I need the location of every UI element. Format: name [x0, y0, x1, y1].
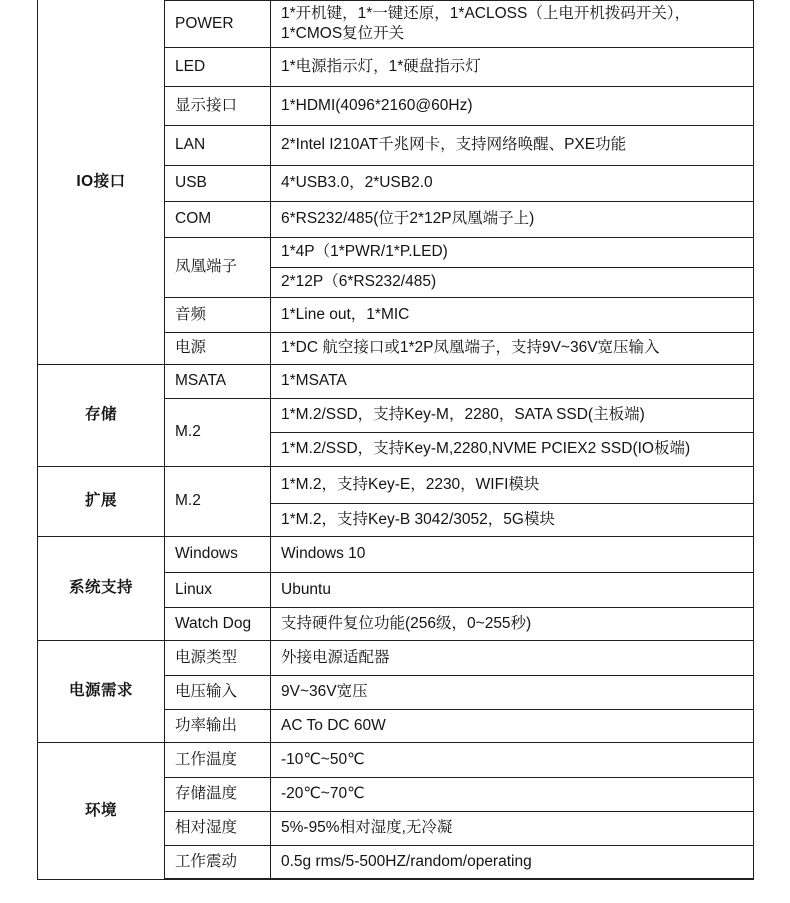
spec-name-cell: LAN: [165, 126, 271, 166]
spec-name-cell: 凤凰端子: [165, 238, 271, 298]
spec-value-cell: 5%-95%相对湿度,无冷凝: [271, 812, 754, 846]
category-cell-environment: 环境: [38, 743, 165, 880]
spec-value-cell: 1*HDMI(4096*2160@60Hz): [271, 87, 754, 126]
spec-value-cell: 6*RS232/485(位于2*12P凤凰端子上): [271, 202, 754, 238]
spec-name-cell: Linux: [165, 573, 271, 608]
spec-value-cell: 1*电源指示灯，1*硬盘指示灯: [271, 48, 754, 87]
table-row: 环境 工作温度 -10℃~50℃: [38, 743, 754, 778]
spec-value-cell: 4*USB3.0，2*USB2.0: [271, 166, 754, 202]
spec-value-cell: Windows 10: [271, 537, 754, 573]
spec-name-cell: M.2: [165, 399, 271, 467]
spec-value-cell: 1*M.2/SSD，支持Key-M，2280，SATA SSD(主板端): [271, 399, 754, 433]
spec-value-cell: 外接电源适配器: [271, 641, 754, 676]
spec-value-cell: 1*M.2/SSD，支持Key-M,2280,NVME PCIEX2 SSD(I…: [271, 433, 754, 467]
spec-value-cell: -20℃~70℃: [271, 778, 754, 812]
table-row: 存储 MSATA 1*MSATA: [38, 365, 754, 399]
spec-name-cell: POWER: [165, 0, 271, 48]
spec-value-cell: 2*12P（6*RS232/485): [271, 268, 754, 298]
category-cell-os: 系统支持: [38, 537, 165, 641]
table-row: 扩展 M.2 1*M.2，支持Key-E，2230，WIFI模块: [38, 467, 754, 504]
spec-name-cell: 电源类型: [165, 641, 271, 676]
spec-name-cell: LED: [165, 48, 271, 87]
spec-name-cell: USB: [165, 166, 271, 202]
spec-value-cell: 支持硬件复位功能(256级，0~255秒): [271, 608, 754, 641]
spec-name-cell: M.2: [165, 467, 271, 537]
table-row: 电源需求 电源类型 外接电源适配器: [38, 641, 754, 676]
spec-value-cell: 2*Intel I210AT千兆网卡，支持网络唤醒、PXE功能: [271, 126, 754, 166]
spec-name-cell: COM: [165, 202, 271, 238]
spec-name-cell: 电压输入: [165, 676, 271, 710]
spec-value-cell: 1*M.2，支持Key-E，2230，WIFI模块: [271, 467, 754, 504]
spec-name-cell: 存储温度: [165, 778, 271, 812]
spec-value-cell: 1*MSATA: [271, 365, 754, 399]
spec-name-cell: Windows: [165, 537, 271, 573]
spec-name-cell: 功率输出: [165, 710, 271, 743]
table-row: 系统支持 Windows Windows 10: [38, 537, 754, 573]
spec-value-cell: Ubuntu: [271, 573, 754, 608]
category-cell-power: 电源需求: [38, 641, 165, 743]
spec-value-cell: 1*开机键，1*一键还原，1*ACLOSS（上电开机拨码开关），1*CMOS复位…: [271, 0, 754, 48]
category-cell-expansion: 扩展: [38, 467, 165, 537]
spec-name-cell: Watch Dog: [165, 608, 271, 641]
spec-value-cell: 1*DC 航空接口或1*2P凤凰端子，支持9V~36V宽压输入: [271, 333, 754, 365]
spec-name-cell: 工作震动: [165, 846, 271, 880]
spec-value-cell: 0.5g rms/5-500HZ/random/operating: [271, 846, 754, 880]
spec-name-cell: MSATA: [165, 365, 271, 399]
spec-value-cell: 9V~36V宽压: [271, 676, 754, 710]
spec-name-cell: 显示接口: [165, 87, 271, 126]
spec-value-cell: AC To DC 60W: [271, 710, 754, 743]
spec-name-cell: 工作温度: [165, 743, 271, 778]
category-cell-storage: 存储: [38, 365, 165, 467]
spec-table: IO接口 POWER 1*开机键，1*一键还原，1*ACLOSS（上电开机拨码开…: [37, 0, 754, 880]
spec-value-cell: 1*M.2，支持Key-B 3042/3052，5G模块: [271, 504, 754, 537]
spec-sheet-page: IO接口 POWER 1*开机键，1*一键还原，1*ACLOSS（上电开机拨码开…: [0, 0, 790, 903]
spec-name-cell: 音频: [165, 298, 271, 333]
category-cell-io: IO接口: [38, 0, 165, 365]
spec-value-cell: 1*4P（1*PWR/1*P.LED): [271, 238, 754, 268]
spec-value-cell: 1*Line out，1*MIC: [271, 298, 754, 333]
table-row: IO接口 POWER 1*开机键，1*一键还原，1*ACLOSS（上电开机拨码开…: [38, 0, 754, 48]
spec-name-cell: 电源: [165, 333, 271, 365]
spec-value-cell: -10℃~50℃: [271, 743, 754, 778]
spec-name-cell: 相对湿度: [165, 812, 271, 846]
